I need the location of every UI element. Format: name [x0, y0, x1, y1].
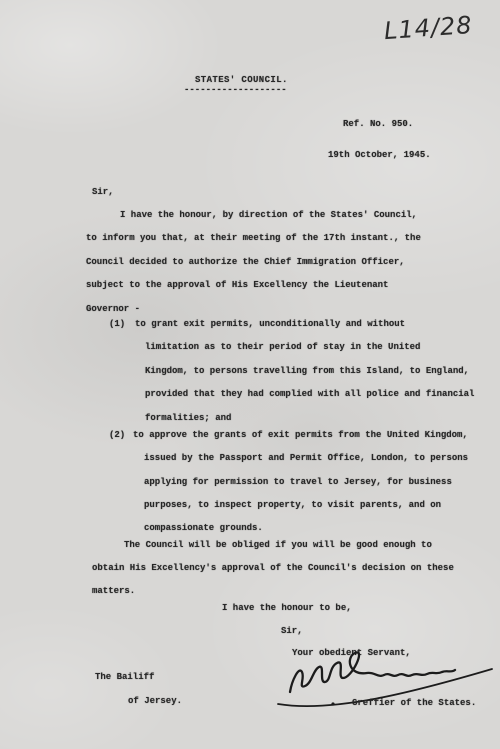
closing-line: Sir, — [281, 625, 303, 637]
body-line: to inform you that, at their meeting of … — [86, 232, 421, 244]
archive-reference-handwritten: L14/28 — [383, 11, 473, 45]
heading-underline: ------------------- — [184, 84, 287, 96]
closing-line: I have the honour to be, — [222, 602, 352, 614]
item2-line: to approve the grants of exit permits fr… — [133, 429, 468, 441]
item1-line: limitation as to their period of stay in… — [145, 341, 420, 353]
body-line: subject to the approval of His Excellenc… — [86, 279, 388, 291]
addressee-line: The Bailiff — [95, 671, 154, 683]
item2-line: applying for permission to travel to Jer… — [144, 476, 452, 488]
item2-line: compassionate grounds. — [144, 522, 263, 534]
body-line: I have the honour, by direction of the S… — [120, 209, 417, 221]
item1-line: Kingdom, to persons travelling from this… — [145, 365, 469, 377]
item1-line: formalities; and — [145, 412, 231, 424]
signature-title: Greffier of the States. — [352, 697, 476, 709]
item1-number: (1) — [109, 318, 125, 330]
item2-number: (2) — [109, 429, 125, 441]
item2-line: purposes, to inspect property, to visit … — [144, 499, 441, 511]
ref-number: Ref. No. 950. — [343, 118, 413, 130]
salutation: Sir, — [92, 186, 114, 198]
body-line: matters. — [92, 585, 135, 597]
item1-line: to grant exit permits, unconditionally a… — [135, 318, 405, 330]
addressee-line: of Jersey. — [128, 695, 182, 707]
item2-line: issued by the Passport and Permit Office… — [144, 452, 468, 464]
body-line: The Council will be obliged if you will … — [124, 539, 432, 551]
date-line: 19th October, 1945. — [328, 149, 431, 161]
body-line: Governor - — [86, 303, 140, 315]
body-line: obtain His Excellency's approval of the … — [92, 562, 454, 574]
letter-page: L14/28 STATES' COUNCIL. ----------------… — [0, 0, 500, 749]
body-line: Council decided to authorize the Chief I… — [86, 256, 405, 268]
item1-line: provided that they had complied with all… — [145, 388, 474, 400]
